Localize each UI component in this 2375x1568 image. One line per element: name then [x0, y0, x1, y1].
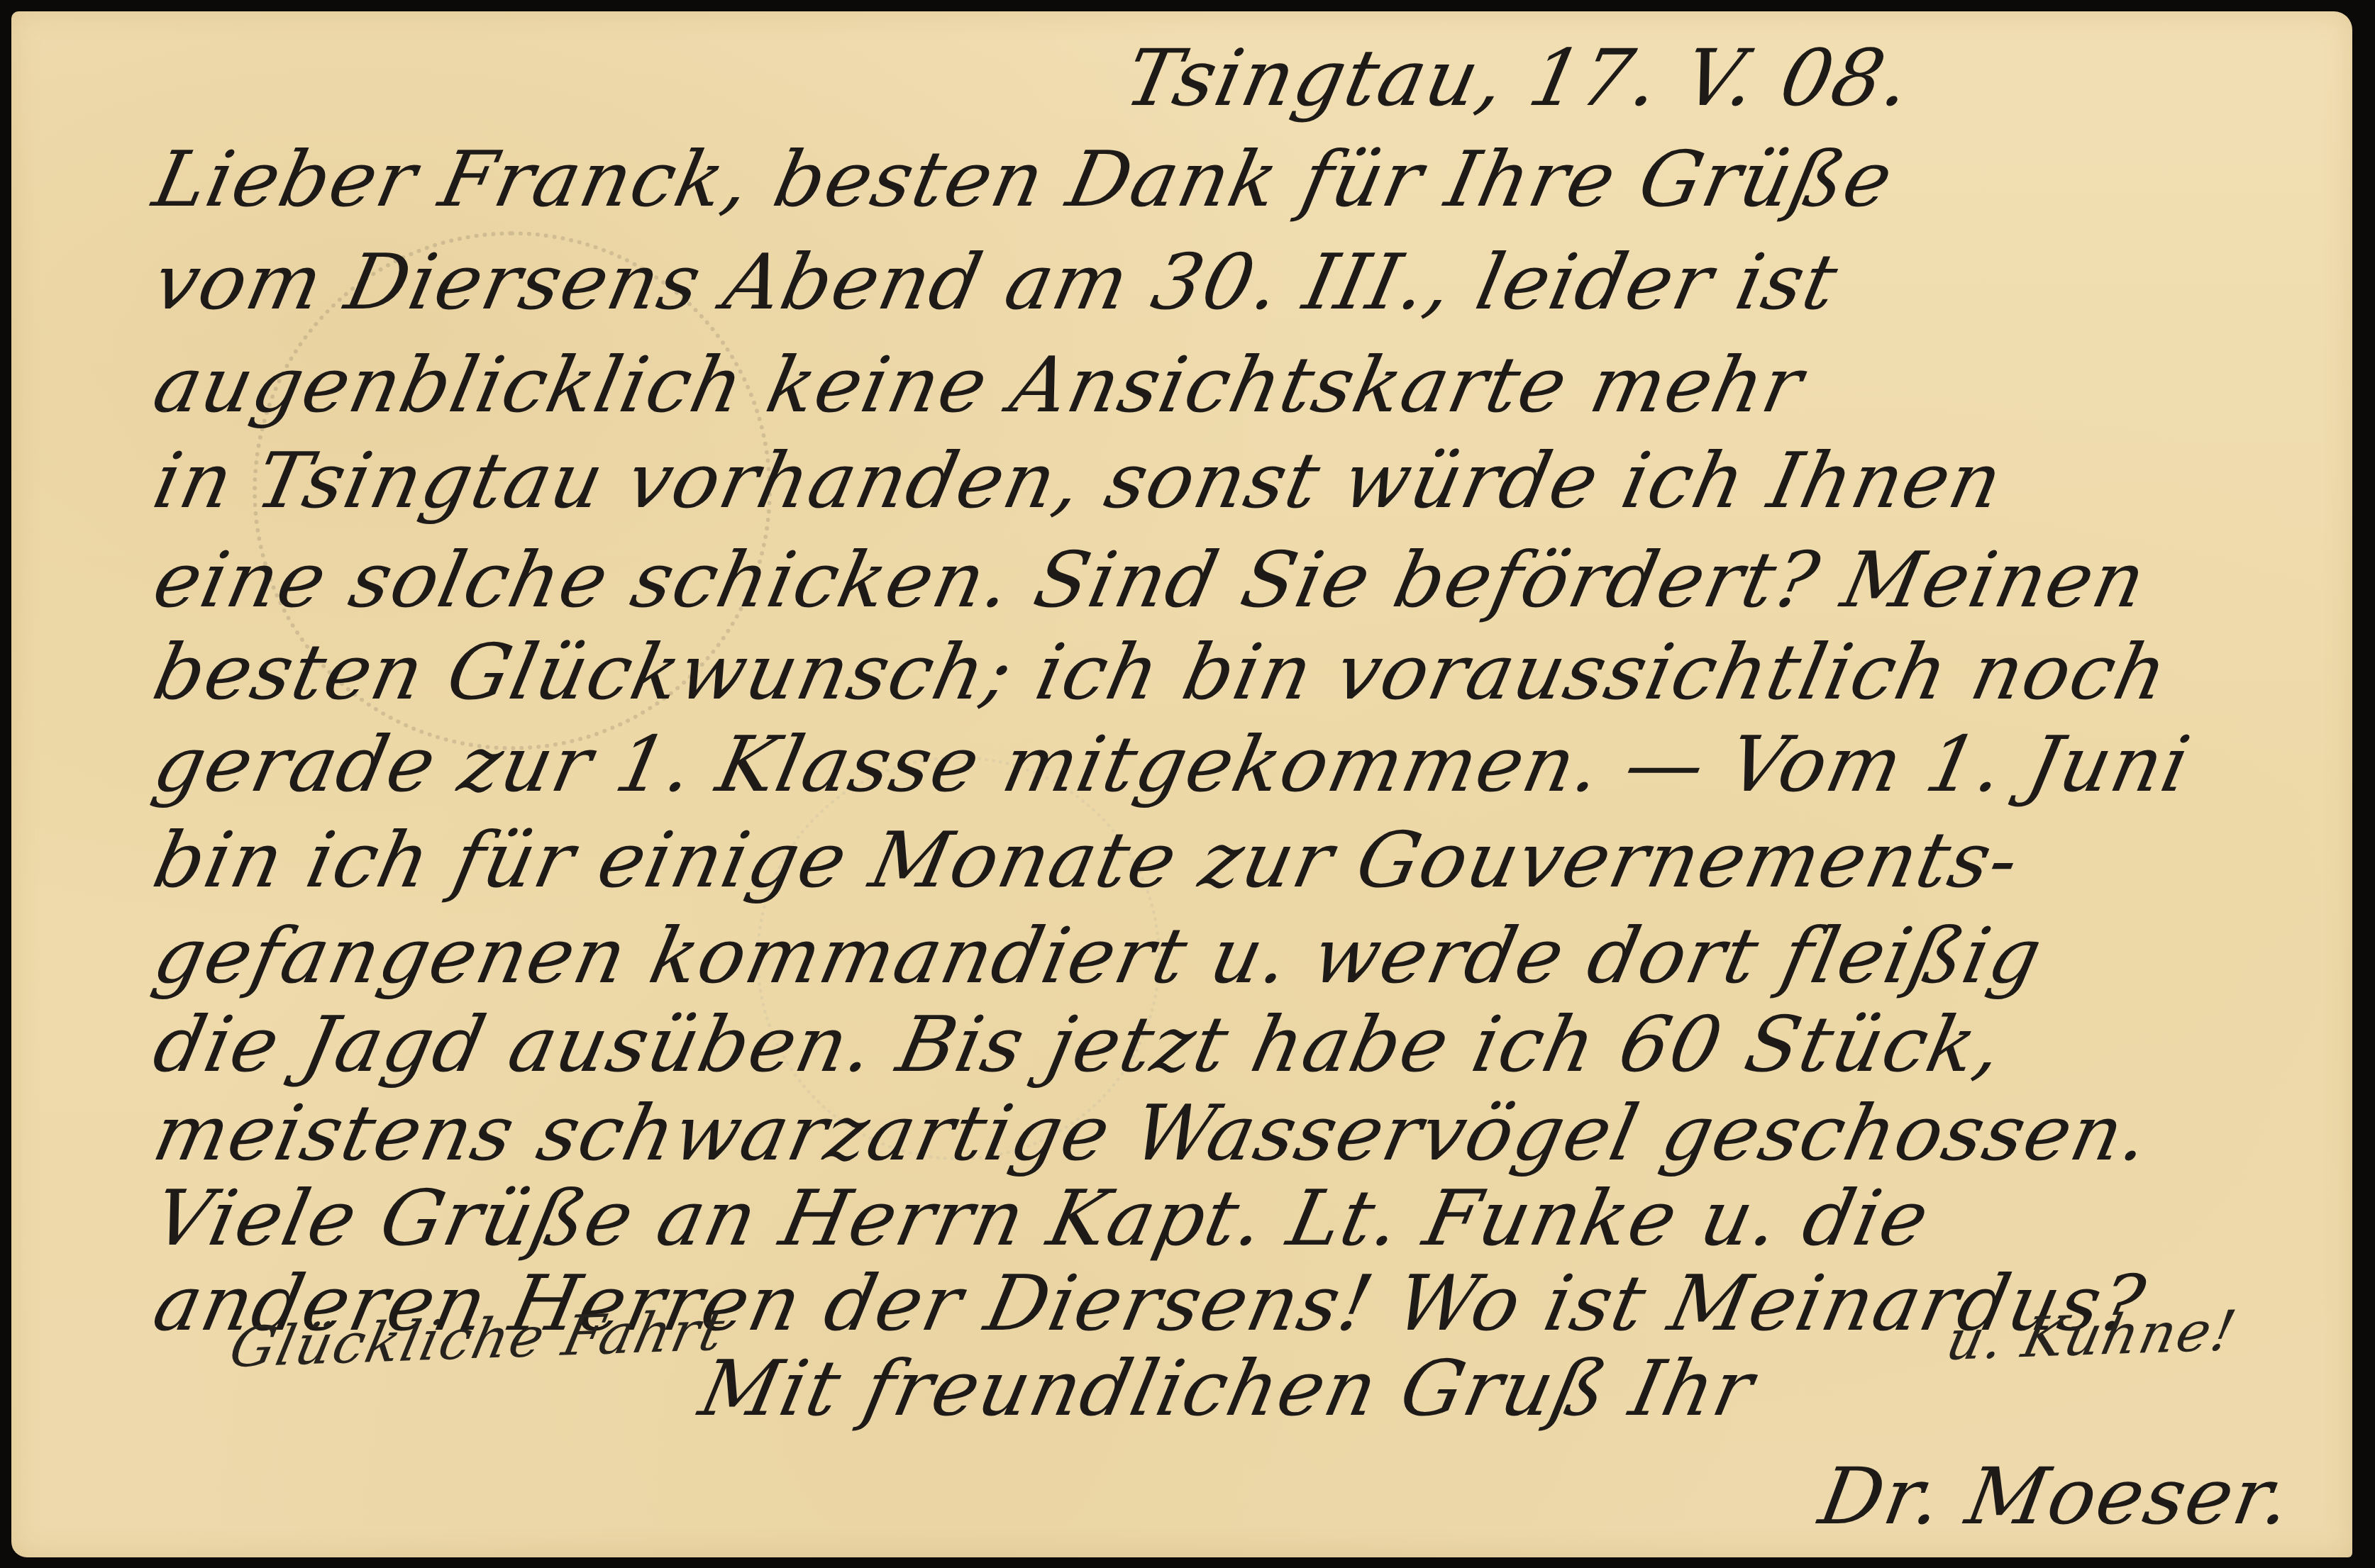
body-line-3: augenblicklich keine Ansichtskarte mehr [146, 341, 1811, 430]
body-line-4: in Tsingtau vorhanden, sonst würde ich I… [146, 437, 2010, 526]
body-line-11: meistens schwarzartige Wasservögel gesch… [146, 1089, 2158, 1178]
body-line-7: gerade zur 1. Klasse mitgekommen. — Vom … [146, 721, 2198, 809]
place-date-heading: Tsingtau, 17. V. 08. [1118, 33, 1920, 123]
body-line-8: bin ich für einige Monate zur Gouverneme… [146, 816, 2027, 905]
postcard: Tsingtau, 17. V. 08. Lieber Franck, best… [11, 11, 2352, 1557]
body-line-1: Lieber Franck, besten Dank für Ihre Grüß… [146, 135, 1901, 224]
body-line-10: die Jagd ausüben. Bis jetzt habe ich 60 … [146, 1001, 2011, 1089]
body-line-12: Viele Grüße an Herrn Kapt. Lt. Funke u. … [146, 1174, 1937, 1263]
signature: Dr. Moeser. [1813, 1451, 2298, 1542]
margin-note-right: u. Kuhne! [1941, 1299, 2242, 1373]
body-line-9: gefangenen kommandiert u. werde dort fle… [146, 912, 2050, 1001]
body-line-6: besten Glückwunsch; ich bin voraussichtl… [146, 628, 2176, 717]
body-line-5: eine solche schicken. Sind Sie befördert… [146, 536, 2154, 625]
body-line-2: vom Diersens Abend am 30. III., leider i… [146, 238, 1846, 327]
closing-line: Mit freundlichen Gruß Ihr [692, 1345, 1762, 1433]
dark-background: Tsingtau, 17. V. 08. Lieber Franck, best… [0, 0, 2375, 1568]
